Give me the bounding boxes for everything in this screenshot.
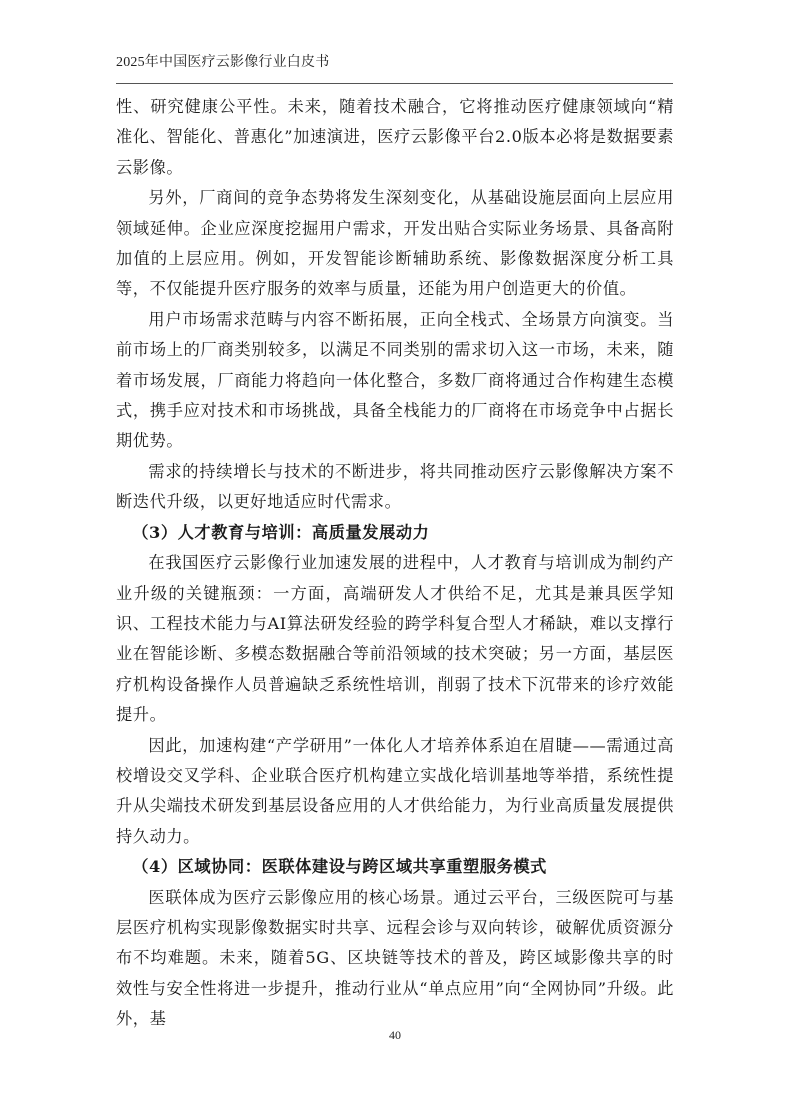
document-title: 2025年中国医疗云影像行业白皮书	[116, 54, 673, 72]
page-number: 40	[0, 1028, 790, 1043]
page-body: 性、研究健康公平性。未来，随着技术融合，它将推动医疗健康领域向“精准化、智能化、…	[116, 92, 674, 1035]
paragraph-vendor-competition: 另外，厂商间的竞争态势将发生深刻变化，从基础设施层面向上层应用领域延伸。企业应深…	[116, 183, 674, 305]
paragraph-iteration: 需求的持续增长与技术的不断进步，将共同推动医疗云影像解决方案不断迭代升级，以更好…	[116, 457, 674, 518]
section-heading-regional: （4）区域协同：医联体建设与跨区域共享重塑服务模式	[116, 852, 674, 882]
paragraph-market-demand: 用户市场需求范畴与内容不断拓展，正向全栈式、全场景方向演变。当前市场上的厂商类别…	[116, 305, 674, 457]
page-header: 2025年中国医疗云影像行业白皮书	[116, 54, 673, 84]
paragraph-talent-bottleneck: 在我国医疗云影像行业加速发展的进程中，人才教育与培训成为制约产业升级的关键瓶颈：…	[116, 548, 674, 730]
paragraph-talent-system: 因此，加速构建“产学研用”一体化人才培养体系迫在眉睫——需通过高校增设交叉学科、…	[116, 731, 674, 853]
section-heading-talent: （3）人才教育与培训：高质量发展动力	[116, 518, 674, 548]
paragraph-medical-alliance: 医联体成为医疗云影像应用的核心场景。通过云平台，三级医院可与基层医疗机构实现影像…	[116, 883, 674, 1035]
paragraph-continuation: 性、研究健康公平性。未来，随着技术融合，它将推动医疗健康领域向“精准化、智能化、…	[116, 92, 674, 183]
